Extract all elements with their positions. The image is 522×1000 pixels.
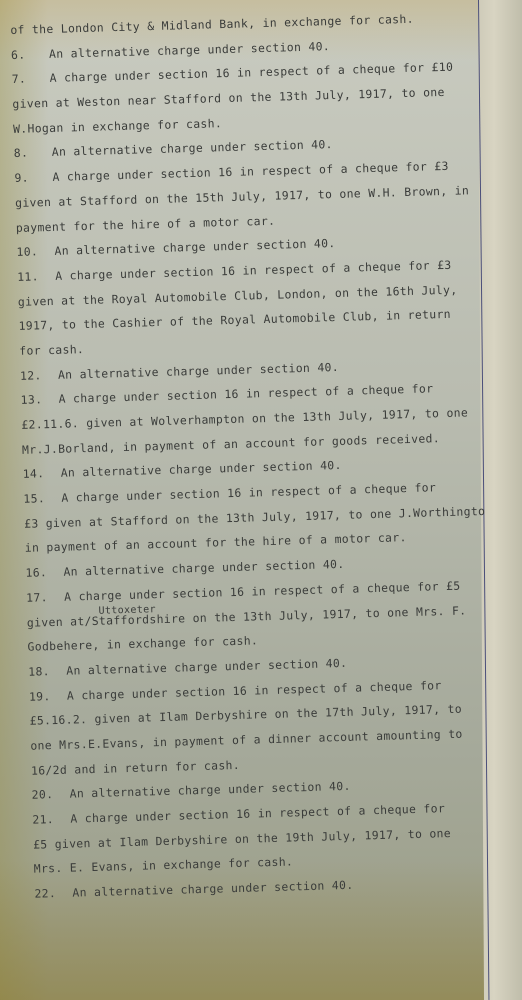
item-number: 17. [26, 585, 65, 611]
line-text: W.Hogan in exchange for cash. [13, 116, 222, 136]
item-number: 22. [34, 881, 73, 907]
item-number: 7. [11, 66, 50, 92]
line-text: Mrs. E. Evans, in exchange for cash. [34, 855, 294, 876]
line-text: 16/2d and in return for cash. [31, 757, 240, 777]
line-text: An alternative charge under section 40. [54, 236, 335, 258]
line-text: for cash. [19, 342, 84, 358]
line-text: An alternative charge under section 40. [72, 878, 353, 900]
item-number: 13. [20, 387, 59, 413]
item-number: 12. [20, 362, 59, 388]
item-number: 9. [14, 165, 53, 191]
item-number: 11. [17, 264, 56, 290]
item-number: 20. [31, 782, 70, 808]
item-number: 21. [32, 807, 71, 833]
item-number: 15. [23, 486, 62, 512]
line-text: An alternative charge under section 40. [49, 39, 330, 61]
item-number: 8. [13, 140, 52, 166]
item-number: 10. [16, 239, 55, 265]
line-text: An alternative charge under section 40. [52, 137, 333, 159]
item-number: 16. [25, 560, 64, 586]
item-number: 19. [29, 683, 68, 709]
line-text: Godbehere, in exchange for cash. [27, 634, 258, 654]
line-text: An alternative charge under section 40. [61, 458, 342, 480]
item-number: 6. [11, 42, 50, 68]
line-text: An alternative charge under section 40. [58, 360, 339, 382]
item-number: 18. [28, 659, 67, 685]
handwritten-insertion: Uttoxeter [98, 598, 156, 624]
line-text: An alternative charge under section 40. [69, 779, 350, 801]
line-text: payment for the hire of a motor car. [16, 213, 276, 234]
line-text: An alternative charge under section 40. [63, 557, 344, 579]
item-number: 14. [22, 461, 61, 487]
line-text: An alternative charge under section 40. [66, 656, 347, 678]
document-body: of the London City & Midland Bank, in ex… [10, 5, 505, 907]
